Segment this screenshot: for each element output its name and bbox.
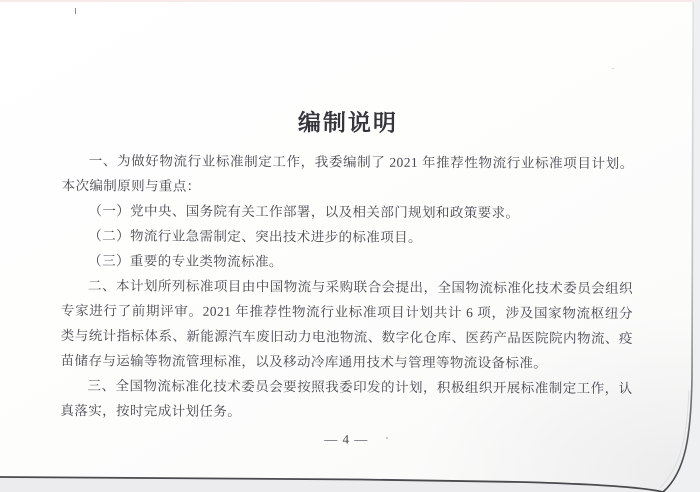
paragraph-section-3: 三、全国物流标准化技术委员会要按照我委印发的计划，积极组织开展标准制定工作，认真… [60,373,632,426]
document-title: 编制说明 [62,108,634,138]
paragraph-point-3: （三）重要的专业类物流标准。 [61,248,633,276]
paragraph-section-2: 二、本计划所列标准项目由中国物流与采购联合会提出，全国物流标准化技术委员会组织专… [61,273,634,376]
page-right-edge [663,2,693,492]
paragraph-intro: 一、为做好物流行业标准制定工作，我委编制了 2021 年推荐性物流行业标准项目计… [62,148,634,201]
page-curl-highlight [660,390,689,488]
paragraph-point-1: （一）党中央、国务院有关工作部署，以及相关部门规划和政策要求。 [61,198,633,226]
scanned-document-page: 编制说明 一、为做好物流行业标准制定工作，我委编制了 2021 年推荐性物流行业… [0,0,700,492]
page-bottom-edge [0,477,663,492]
scan-background-bottom [0,477,663,492]
scan-background-right [663,0,700,492]
scan-top-edge-tint [0,0,700,2]
paragraph-point-2: （二）物流行业急需制定、突出技术进步的标准项目。 [61,223,633,251]
scan-artifact-mark [75,8,76,14]
page-number: — 4 — [60,430,632,449]
document-body: 编制说明 一、为做好物流行业标准制定工作，我委编制了 2021 年推荐性物流行业… [60,108,634,449]
scan-speck [612,68,614,69]
